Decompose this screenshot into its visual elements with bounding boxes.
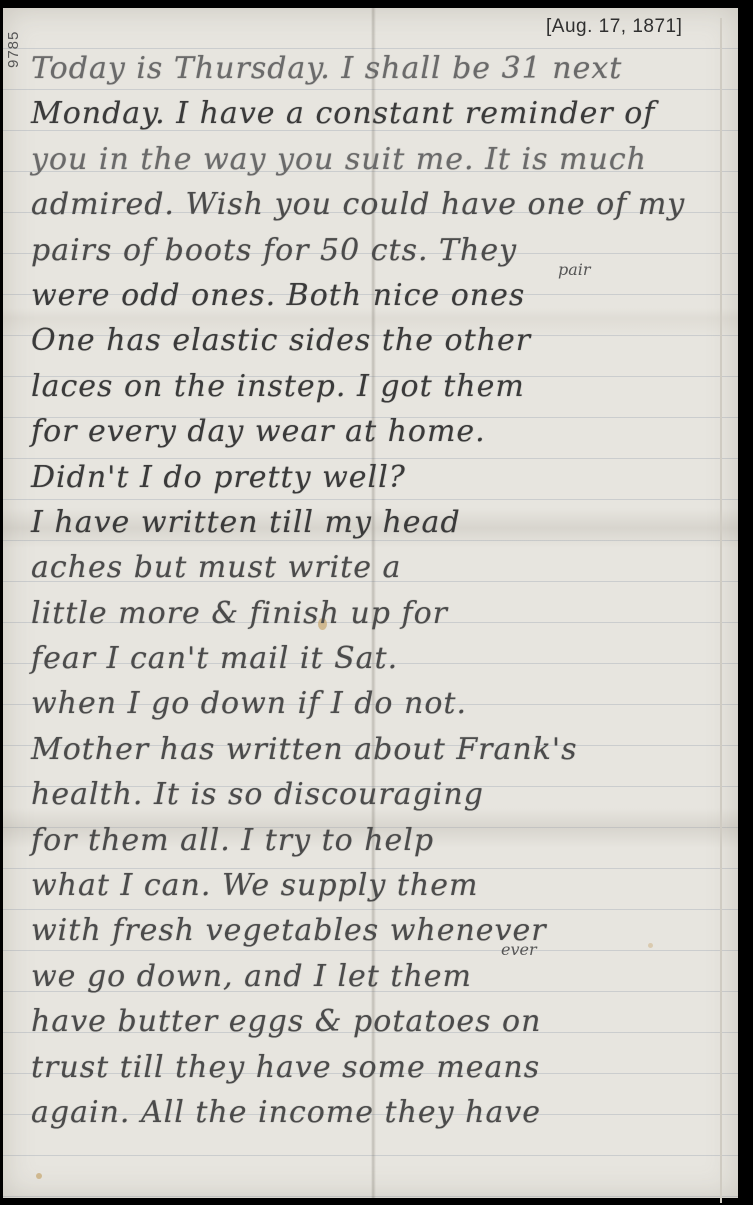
letter-line: admired. Wish you could have one of my <box>31 182 731 227</box>
letter-line: Didn't I do pretty well? <box>31 455 731 500</box>
letter-line: what I can. We supply them <box>31 863 731 908</box>
letter-line: One has elastic sides the other <box>31 318 731 363</box>
foxing-stain <box>36 1173 42 1179</box>
letter-line: for them all. I try to help <box>31 818 731 863</box>
letter-line: laces on the instep. I got them <box>31 364 731 409</box>
letter-line: pairs of boots for 50 cts. They <box>31 228 731 273</box>
letter-line: aches but must write a <box>31 545 731 590</box>
letter-line: we go down, and I let them <box>31 954 731 999</box>
letter-line: little more & finish up for <box>31 591 731 636</box>
letter-line: for every day wear at home. <box>31 409 731 454</box>
letter-line: Monday. I have a constant reminder of <box>31 91 731 136</box>
date-annotation: [Aug. 17, 1871] <box>546 16 682 38</box>
letter-line: when I go down if I do not. <box>31 681 731 726</box>
letter-line: fear I can't mail it Sat. <box>31 636 731 681</box>
letter-line: Mother has written about Frank's <box>31 727 731 772</box>
letter-line: trust till they have some means <box>31 1045 731 1090</box>
letter-line: with fresh vegetables whenever <box>31 908 731 953</box>
letter-page: 9785 [Aug. 17, 1871] pair ever Today is … <box>3 8 738 1198</box>
letter-line: health. It is so discouraging <box>31 772 731 817</box>
letter-body: Today is Thursday. I shall be 31 next Mo… <box>31 46 731 1135</box>
letter-line: I have written till my head <box>31 500 731 545</box>
letter-line: were odd ones. Both nice ones <box>31 273 731 318</box>
letter-line: you in the way you suit me. It is much <box>31 137 731 182</box>
letter-line: have butter eggs & potatoes on <box>31 999 731 1044</box>
letter-line: Today is Thursday. I shall be 31 next <box>31 46 731 91</box>
letter-line: again. All the income they have <box>31 1090 731 1135</box>
archive-number: 9785 <box>5 31 22 68</box>
